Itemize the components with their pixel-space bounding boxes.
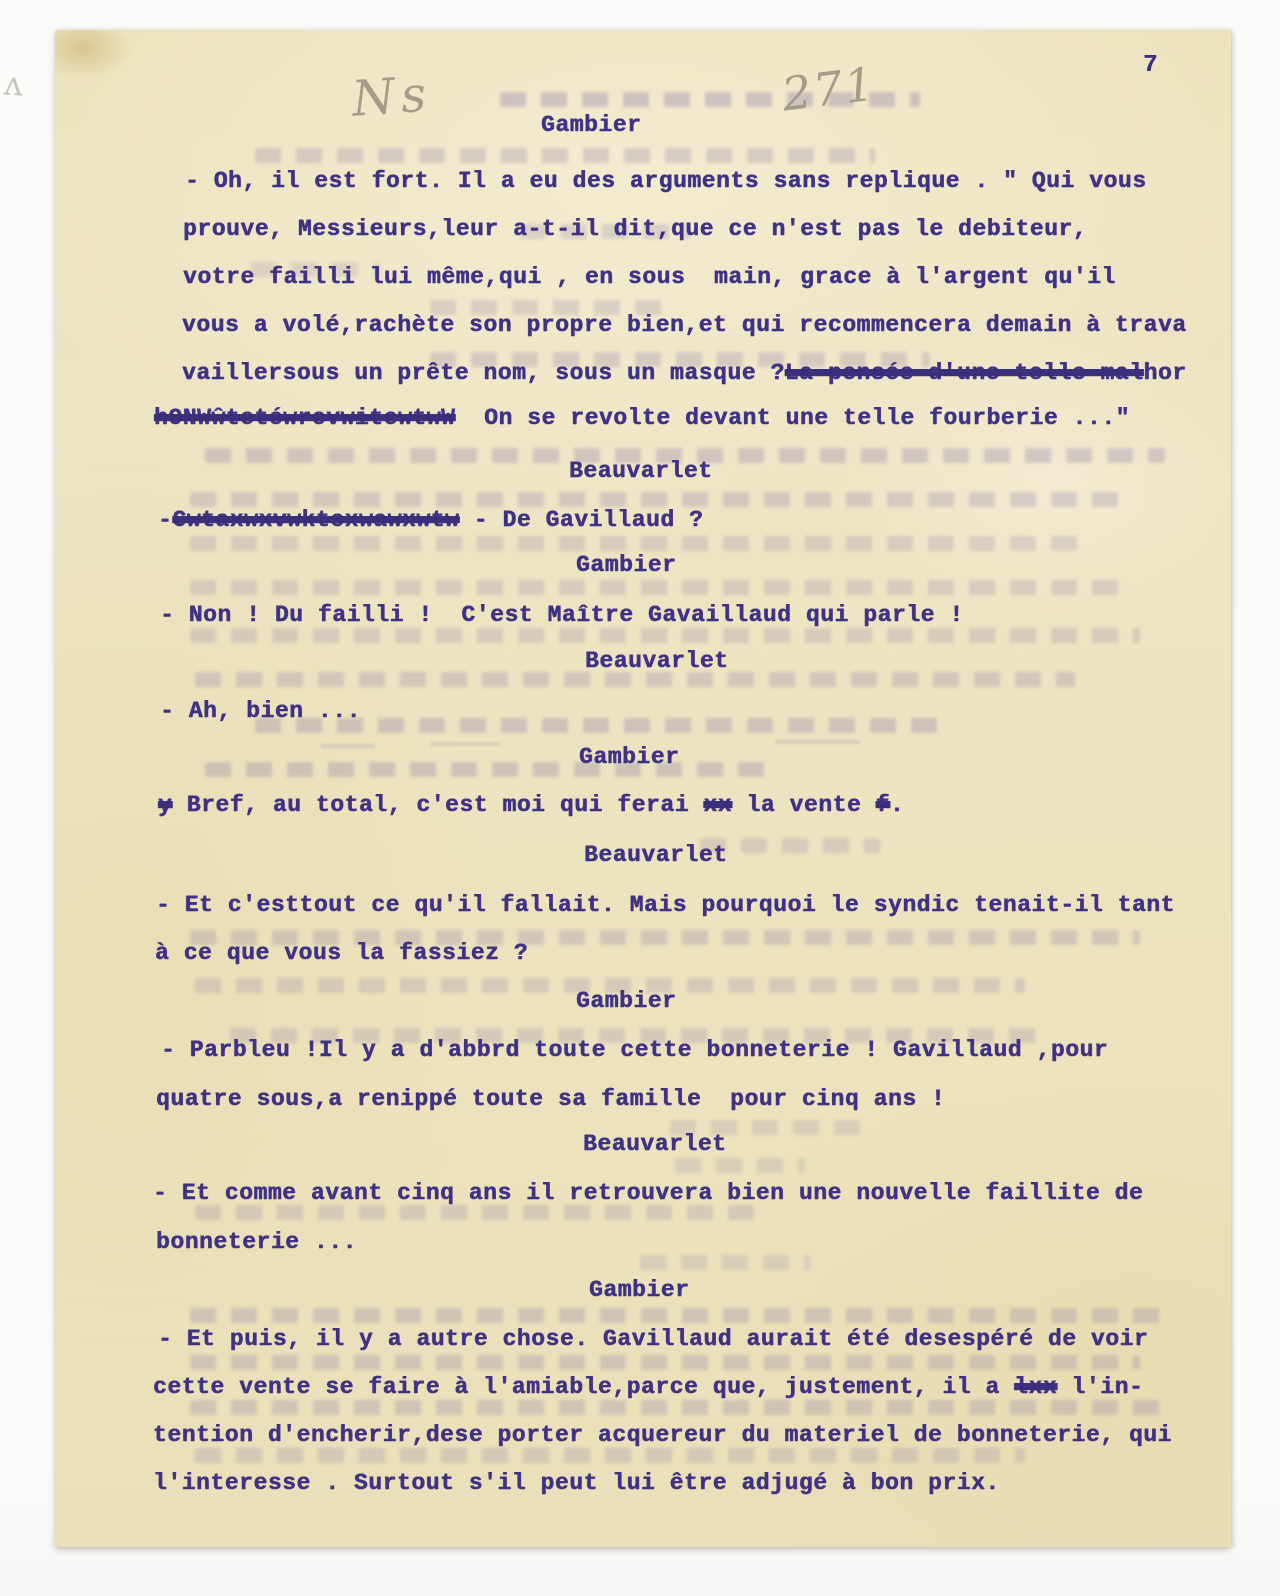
character-heading: Gambier — [589, 1277, 689, 1303]
bleed-through-line — [195, 672, 1075, 687]
struck-overtyped-text: hONWŵtetéwrevwitewtwW — [154, 405, 455, 431]
dialogue-line: vaillersous un prête nom, sous un masque… — [182, 360, 1187, 386]
struck-overtyped-text: xx — [703, 792, 732, 818]
bleed-through-line — [255, 148, 875, 163]
page-number: 7 — [1143, 52, 1157, 79]
character-heading: Gambier — [579, 744, 679, 770]
dialogue-line: - Parbleu !Il y a d'abbrd toute cette bo… — [161, 1037, 1108, 1063]
bleed-through-underline — [320, 744, 375, 748]
struck-overtyped-text: lxx — [1014, 1374, 1057, 1400]
dialogue-line: à ce que vous la fassiez ? — [155, 940, 528, 966]
bleed-through-line — [190, 492, 1120, 507]
pencil-annotation-right: 271 — [779, 56, 879, 121]
character-heading: Beauvarlet — [583, 1131, 727, 1157]
bleed-through-line — [190, 628, 1140, 643]
dialogue-line: quatre sous,a renippé toute sa famille p… — [156, 1086, 945, 1112]
dialogue-line: l'interesse . Surtout s'il peut lui être… — [153, 1470, 1000, 1496]
struck-overtyped-text: La pensée d'une telle mal — [785, 360, 1144, 386]
pencil-annotation-left: Ns — [350, 65, 434, 127]
bleed-through-line — [190, 580, 1120, 595]
character-heading: Beauvarlet — [585, 648, 729, 674]
dialogue-line: hONWŵtetéwrevwitewtwW On se revolte deva… — [154, 405, 1130, 431]
bleed-through-line — [190, 536, 1090, 551]
dialogue-line: - Et c'esttout ce qu'il fallait. Mais po… — [156, 892, 1175, 918]
dialogue-line: cette vente se faire à l'amiable,parce q… — [153, 1374, 1143, 1400]
struck-overtyped-text: f — [876, 792, 890, 818]
character-heading: Gambier — [576, 988, 676, 1014]
bleed-through-line — [190, 1400, 1170, 1415]
dialogue-line: - Non ! Du failli ! C'est Maître Gavaill… — [160, 602, 964, 628]
dialogue-line: prouve, Messieurs,leur a-t-il dit,que ce… — [183, 216, 1087, 242]
dialogue-line: - Et comme avant cinq ans il retrouvera … — [153, 1180, 1143, 1206]
scan-background: 7 Ns 271 ʌ Gambier- Oh, il est fort. Il … — [0, 0, 1280, 1596]
dialogue-line: y Bref, au total, c'est moi qui ferai xx… — [158, 792, 904, 818]
dialogue-line: bonneterie ... — [156, 1229, 357, 1255]
bleed-through-line — [205, 762, 775, 777]
character-heading: Gambier — [541, 112, 641, 138]
bleed-through-line — [640, 1255, 810, 1270]
bleed-through-line — [190, 1308, 1170, 1323]
character-heading: Gambier — [576, 552, 676, 578]
dialogue-line: -Cwtaxwxvwktexwawxwtw - De Gavillaud ? — [158, 507, 703, 533]
character-heading: Beauvarlet — [569, 458, 713, 484]
struck-overtyped-text: y — [158, 792, 172, 818]
bleed-through-line — [675, 1158, 805, 1173]
dialogue-line: votre failli lui même,qui , en sous main… — [183, 264, 1116, 290]
bleed-through-line — [190, 1355, 1140, 1370]
bleed-through-line — [195, 1448, 1025, 1463]
bleed-through-underline — [775, 740, 860, 744]
dialogue-line: vous a volé,rachète son propre bien,et q… — [182, 312, 1187, 338]
dialogue-line: - Et puis, il y a autre chose. Gavillaud… — [158, 1326, 1148, 1352]
pencil-margin-mark: ʌ — [3, 64, 24, 105]
dialogue-line: - Oh, il est fort. Il a eu des arguments… — [185, 168, 1147, 194]
bleed-through-underline — [430, 742, 500, 746]
dialogue-line: - Ah, bien ... — [160, 698, 361, 724]
dialogue-line: tention d'encherir,dese porter acquereur… — [153, 1422, 1172, 1448]
bleed-through-line — [195, 1205, 755, 1220]
struck-overtyped-text: Cwtaxwxvwktexwawxwtw — [172, 507, 459, 533]
character-heading: Beauvarlet — [584, 842, 728, 868]
